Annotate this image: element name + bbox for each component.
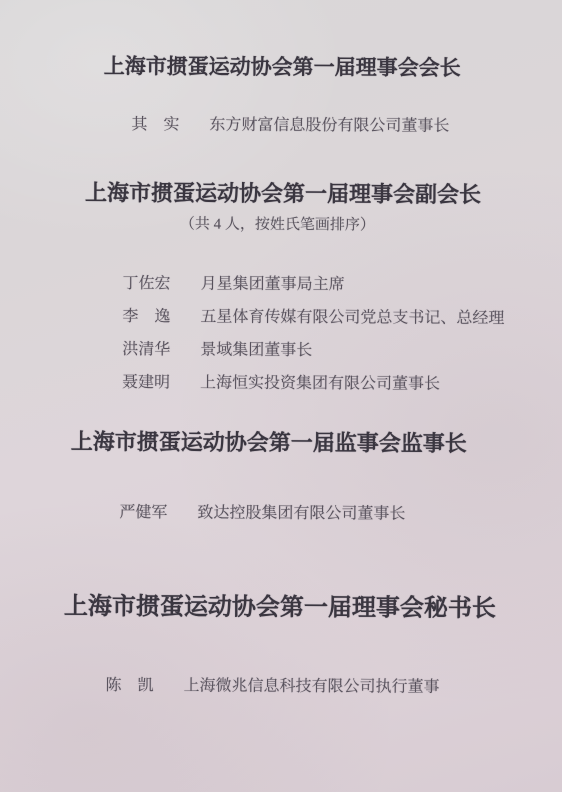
officer-entry: 丁佐宏 月星集团董事局主席 — [123, 276, 345, 293]
officer-role: 月星集团董事局主席 — [201, 276, 345, 294]
paper-sheet: 上海市掼蛋运动协会第一届理事会会长 其 实 东方财富信息股份有限公司董事长 上海… — [0, 0, 562, 792]
officer-name: 洪清华 — [122, 341, 170, 358]
officer-entry: 其 实 东方财富信息股份有限公司董事长 — [131, 117, 449, 135]
officer-entry: 严健军 致达控股集团有限公司董事长 — [119, 505, 405, 522]
officer-name: 严健军 — [119, 504, 167, 521]
officer-name: 陈 凯 — [105, 677, 153, 694]
officer-entry: 陈 凯 上海微兆信息科技有限公司执行董事 — [105, 678, 439, 696]
document-photo: 上海市掼蛋运动协会第一届理事会会长 其 实 东方财富信息股份有限公司董事长 上海… — [0, 0, 562, 792]
section-heading-vice-presidents: 上海市掼蛋运动协会第一届理事会副会长 — [85, 182, 481, 206]
officer-role: 景域集团董事长 — [200, 342, 312, 360]
section-heading-supervisor: 上海市掼蛋运动协会第一届监事会监事长 — [71, 431, 467, 455]
officer-role: 东方财富信息股份有限公司董事长 — [209, 117, 449, 135]
officer-role: 五星体育传媒有限公司党总支书记、总经理 — [200, 309, 504, 328]
officer-entry: 洪清华 景域集团董事长 — [122, 342, 312, 359]
officer-role: 上海微兆信息科技有限公司执行董事 — [183, 677, 439, 695]
officer-role: 致达控股集团有限公司董事长 — [197, 505, 405, 523]
officer-name: 其 实 — [131, 116, 179, 133]
section-subtitle: （共 4 人，按姓氏笔画排序） — [180, 217, 375, 233]
section-heading-secretary-general: 上海市掼蛋运动协会第一届理事会秘书长 — [64, 595, 496, 621]
officer-name: 李 逸 — [122, 308, 170, 325]
officer-role: 上海恒实投资集团有限公司董事长 — [200, 375, 440, 393]
officer-entry: 李 逸 五星体育传媒有限公司党总支书记、总经理 — [122, 309, 504, 327]
section-heading-president: 上海市掼蛋运动协会第一届理事会会长 — [104, 56, 461, 79]
officer-name: 聂建明 — [122, 374, 170, 391]
officer-entry: 聂建明 上海恒实投资集团有限公司董事长 — [122, 375, 440, 393]
officer-name: 丁佐宏 — [123, 275, 171, 292]
